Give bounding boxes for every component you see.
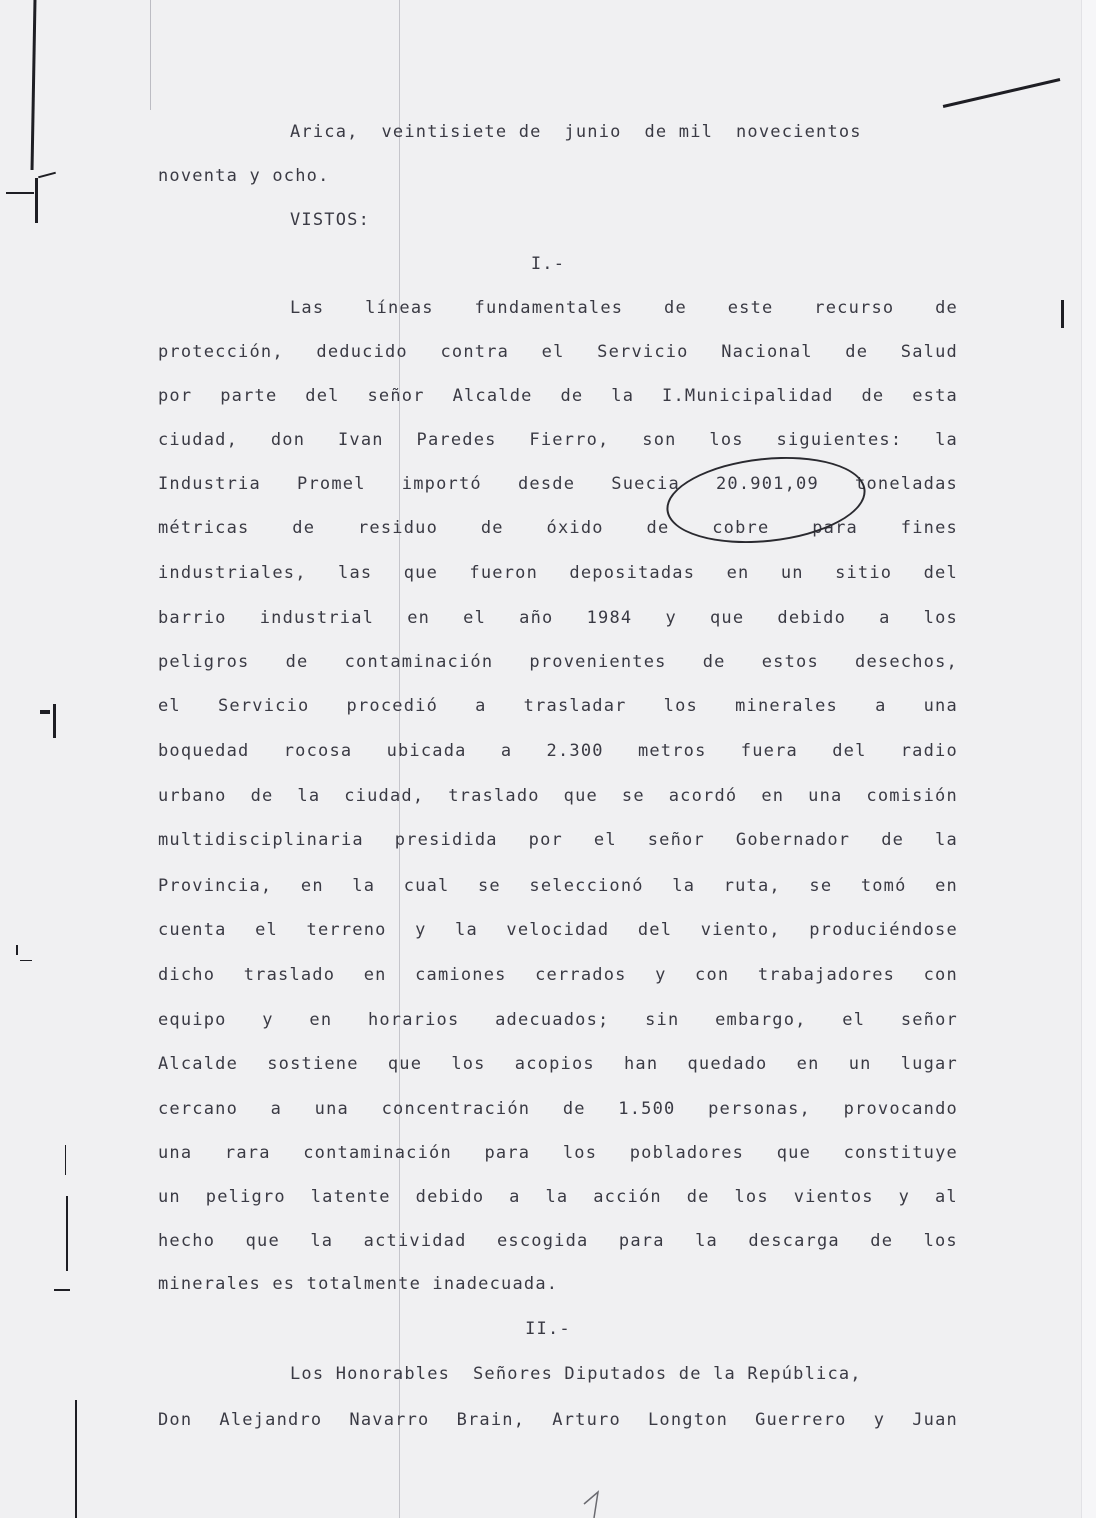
word: que bbox=[777, 1143, 811, 1163]
word: líneas bbox=[365, 298, 434, 318]
paragraph-line: elServicioprocedióatrasladarlosminerales… bbox=[158, 696, 958, 716]
word: este bbox=[728, 298, 774, 318]
word: escogida bbox=[497, 1231, 588, 1251]
page-edge bbox=[1081, 0, 1096, 1518]
word: el bbox=[842, 1010, 865, 1030]
word: terreno bbox=[307, 920, 387, 940]
word: a bbox=[509, 1187, 520, 1207]
word: la bbox=[310, 1231, 333, 1251]
paragraph-line: cercanoaunaconcentraciónde1.500personas,… bbox=[158, 1099, 958, 1119]
paragraph-line: hechoquelaactividadescogidaparaladescarg… bbox=[158, 1231, 958, 1251]
word: los bbox=[563, 1143, 597, 1163]
word: 1984 bbox=[587, 608, 633, 628]
word: siguientes: bbox=[777, 430, 903, 450]
word: provenientes bbox=[529, 652, 666, 672]
word: industriales, bbox=[158, 563, 307, 583]
word: deducido bbox=[316, 342, 407, 362]
word: multidisciplinaria bbox=[158, 830, 364, 850]
paragraph-line: cuentaelterrenoylavelocidaddelviento,pro… bbox=[158, 920, 958, 940]
word: trabajadores bbox=[758, 965, 895, 985]
word: toneladas bbox=[855, 474, 958, 494]
paragraph-line: Provincia,enlacualseseleccionólaruta,set… bbox=[158, 876, 958, 896]
word: metros bbox=[638, 741, 707, 761]
paragraph-ii-first-line: Los Honorables Señores Diputados de la R… bbox=[290, 1364, 862, 1384]
word: del bbox=[924, 563, 958, 583]
word: de bbox=[563, 1099, 586, 1119]
word: comisión bbox=[866, 786, 957, 806]
word: y bbox=[899, 1187, 910, 1207]
word: los bbox=[924, 1231, 958, 1251]
word: Paredes bbox=[417, 430, 497, 450]
word: velocidad bbox=[506, 920, 609, 940]
word: traslado bbox=[448, 786, 539, 806]
word: y bbox=[262, 1010, 273, 1030]
paragraph-line: protección,deducidocontraelServicioNacio… bbox=[158, 342, 958, 362]
word: Juan bbox=[912, 1410, 958, 1430]
left-margin-mark bbox=[75, 1400, 77, 1518]
word: estos bbox=[762, 652, 819, 672]
word: peligros bbox=[158, 652, 249, 672]
word: en bbox=[935, 876, 958, 896]
word: la bbox=[297, 786, 320, 806]
word: las bbox=[338, 563, 372, 583]
word: Alcalde bbox=[158, 1054, 238, 1074]
word: de bbox=[845, 342, 868, 362]
word: peligro bbox=[206, 1187, 286, 1207]
word: para bbox=[619, 1231, 665, 1251]
word: protección, bbox=[158, 342, 284, 362]
word: los bbox=[664, 696, 698, 716]
word: ciudad, bbox=[158, 430, 238, 450]
left-margin-mark bbox=[65, 1145, 66, 1175]
word: recurso bbox=[814, 298, 894, 318]
word: en bbox=[301, 876, 324, 896]
left-margin-mark bbox=[16, 945, 18, 955]
word: a bbox=[879, 608, 890, 628]
word: acordó bbox=[669, 786, 738, 806]
word: de bbox=[861, 386, 884, 406]
paragraph-line: industriales,lasquefuerondepositadasenun… bbox=[158, 563, 958, 583]
word: los bbox=[924, 608, 958, 628]
word: depositadas bbox=[569, 563, 695, 583]
word: Arturo bbox=[552, 1410, 621, 1430]
word: personas, bbox=[708, 1099, 811, 1119]
word: debido bbox=[777, 608, 846, 628]
word: y bbox=[415, 920, 426, 940]
word: por bbox=[529, 830, 563, 850]
word: de bbox=[664, 298, 687, 318]
word: 2.300 bbox=[547, 741, 604, 761]
word: Guerrero bbox=[755, 1410, 846, 1430]
word: equipo bbox=[158, 1010, 227, 1030]
paragraph-line: Laslíneasfundamentalesdeesterecursode bbox=[290, 298, 958, 318]
word: en bbox=[309, 1010, 332, 1030]
word: la bbox=[672, 876, 695, 896]
word: urbano bbox=[158, 786, 227, 806]
left-margin-mark bbox=[35, 178, 38, 223]
word: Servicio bbox=[597, 342, 688, 362]
word: Alejandro bbox=[219, 1410, 322, 1430]
word: la bbox=[935, 830, 958, 850]
word: debido bbox=[416, 1187, 485, 1207]
word: cual bbox=[404, 876, 450, 896]
word: un bbox=[781, 563, 804, 583]
word: Alcalde bbox=[453, 386, 533, 406]
word: que bbox=[404, 563, 438, 583]
word: boquedad bbox=[158, 741, 249, 761]
word: minerales bbox=[735, 696, 838, 716]
section-heading-i: I.- bbox=[0, 254, 1096, 274]
word: en bbox=[407, 608, 430, 628]
paragraph-line: unpeligrolatentedebidoalaaccióndelosvien… bbox=[158, 1187, 958, 1207]
word: son bbox=[642, 430, 676, 450]
word: se bbox=[622, 786, 645, 806]
handwritten-page-number bbox=[580, 1488, 610, 1518]
word: señor bbox=[367, 386, 424, 406]
word: en bbox=[727, 563, 750, 583]
word: Promel bbox=[297, 474, 366, 494]
left-margin-mark bbox=[20, 960, 32, 961]
word: que bbox=[564, 786, 598, 806]
word: el bbox=[255, 920, 278, 940]
word: contaminación bbox=[303, 1143, 452, 1163]
word: se bbox=[478, 876, 501, 896]
word: óxido bbox=[547, 518, 604, 538]
word: a bbox=[475, 696, 486, 716]
word: presidida bbox=[395, 830, 498, 850]
word: Las bbox=[290, 298, 324, 318]
word: se bbox=[809, 876, 832, 896]
paragraph-line: barrioindustrialenelaño1984yquedebidoalo… bbox=[158, 608, 958, 628]
word: de bbox=[881, 830, 904, 850]
left-margin-mark bbox=[53, 704, 56, 738]
word: rara bbox=[225, 1143, 271, 1163]
paragraph-line: ciudad,donIvanParedesFierro,sonlossiguie… bbox=[158, 430, 958, 450]
word: descarga bbox=[748, 1231, 839, 1251]
word: una bbox=[315, 1099, 349, 1119]
word: horarios bbox=[368, 1010, 459, 1030]
word: que bbox=[710, 608, 744, 628]
paragraph-line: boquedadrocosaubicadaa2.300metrosfuerade… bbox=[158, 741, 958, 761]
word: viento, bbox=[701, 920, 781, 940]
word: con bbox=[924, 965, 958, 985]
word: en bbox=[797, 1054, 820, 1074]
left-margin-stroke bbox=[31, 0, 37, 170]
word: de bbox=[687, 1187, 710, 1207]
date-line-continued: noventa y ocho. bbox=[158, 166, 330, 186]
word: de bbox=[935, 298, 958, 318]
word: cercano bbox=[158, 1099, 238, 1119]
word: los bbox=[735, 1187, 769, 1207]
word: y bbox=[874, 1410, 885, 1430]
word: esta bbox=[912, 386, 958, 406]
word: quedado bbox=[687, 1054, 767, 1074]
word: ubicada bbox=[387, 741, 467, 761]
word: cuenta bbox=[158, 920, 227, 940]
word: y bbox=[655, 965, 666, 985]
left-margin-mark bbox=[66, 1196, 68, 1271]
word: seleccionó bbox=[529, 876, 643, 896]
word: Servicio bbox=[218, 696, 309, 716]
word: de bbox=[703, 652, 726, 672]
paragraph-line: porpartedelseñorAlcaldedelaI.Municipalid… bbox=[158, 386, 958, 406]
word: la bbox=[352, 876, 375, 896]
word: Longton bbox=[648, 1410, 728, 1430]
word: métricas bbox=[158, 518, 249, 538]
word: de bbox=[481, 518, 504, 538]
word: del bbox=[305, 386, 339, 406]
word: actividad bbox=[364, 1231, 467, 1251]
word: barrio bbox=[158, 608, 227, 628]
word: en bbox=[761, 786, 784, 806]
paragraph-line: peligrosdecontaminaciónprovenientesdeest… bbox=[158, 652, 958, 672]
word: constituye bbox=[844, 1143, 958, 1163]
word: la bbox=[935, 430, 958, 450]
word: vientos bbox=[794, 1187, 874, 1207]
word: fueron bbox=[469, 563, 538, 583]
word: dicho bbox=[158, 965, 215, 985]
right-margin-mark bbox=[1061, 300, 1064, 328]
word: rocosa bbox=[284, 741, 353, 761]
word: a bbox=[501, 741, 512, 761]
word: radio bbox=[901, 741, 958, 761]
word: contaminación bbox=[345, 652, 494, 672]
word: el bbox=[158, 696, 181, 716]
word: produciéndose bbox=[809, 920, 958, 940]
word: un bbox=[849, 1054, 872, 1074]
word: cerrados bbox=[535, 965, 626, 985]
word: adecuados; bbox=[495, 1010, 609, 1030]
word: de bbox=[292, 518, 315, 538]
word: Suecia bbox=[611, 474, 680, 494]
word: importó bbox=[402, 474, 482, 494]
word: a bbox=[875, 696, 886, 716]
paragraph-last-line: minerales es totalmente inadecuada. bbox=[158, 1274, 558, 1294]
paragraph-line: DonAlejandroNavarroBrain,ArturoLongtonGu… bbox=[158, 1410, 958, 1430]
paragraph-line: equipoyenhorariosadecuados;sinembargo,el… bbox=[158, 1010, 958, 1030]
word: señor bbox=[648, 830, 705, 850]
left-margin-mark bbox=[40, 710, 50, 714]
word: una bbox=[924, 696, 958, 716]
word: hecho bbox=[158, 1231, 215, 1251]
word: para bbox=[485, 1143, 531, 1163]
left-fold-line bbox=[150, 0, 151, 110]
word: señor bbox=[901, 1010, 958, 1030]
paragraph-line: urbanodelaciudad,trasladoqueseacordóenun… bbox=[158, 786, 958, 806]
word: Brain, bbox=[457, 1410, 526, 1430]
word: sostiene bbox=[267, 1054, 358, 1074]
word: por bbox=[158, 386, 192, 406]
word: con bbox=[695, 965, 729, 985]
paragraph-line: dichotrasladoencamionescerradosycontraba… bbox=[158, 965, 958, 985]
word: tomó bbox=[861, 876, 907, 896]
word: han bbox=[624, 1054, 658, 1074]
word: los bbox=[709, 430, 743, 450]
word: al bbox=[935, 1187, 958, 1207]
paragraph-line: multidisciplinariapresididaporelseñorGob… bbox=[158, 830, 958, 850]
word: de bbox=[870, 1231, 893, 1251]
word: traslado bbox=[244, 965, 335, 985]
word: un bbox=[158, 1187, 181, 1207]
left-margin-mark bbox=[38, 172, 56, 179]
word: contra bbox=[440, 342, 509, 362]
word: sitio bbox=[835, 563, 892, 583]
word: la bbox=[545, 1187, 568, 1207]
word: Provincia, bbox=[158, 876, 272, 896]
left-margin-mark bbox=[54, 1289, 70, 1291]
word: Industria bbox=[158, 474, 261, 494]
date-line: Arica, veintisiete de junio de mil novec… bbox=[290, 122, 862, 142]
paragraph-line: Alcaldesostienequelosacopioshanquedadoen… bbox=[158, 1054, 958, 1074]
word: Salud bbox=[901, 342, 958, 362]
word: acopios bbox=[515, 1054, 595, 1074]
word: Don bbox=[158, 1410, 192, 1430]
word: ciudad, bbox=[344, 786, 424, 806]
word: a bbox=[271, 1099, 282, 1119]
word: año bbox=[519, 608, 553, 628]
word: de bbox=[251, 786, 274, 806]
vistos-heading: VISTOS: bbox=[290, 210, 370, 230]
word: el bbox=[594, 830, 617, 850]
word: el bbox=[542, 342, 565, 362]
word: ruta, bbox=[724, 876, 781, 896]
word: el bbox=[463, 608, 486, 628]
word: de bbox=[647, 518, 670, 538]
word: una bbox=[158, 1143, 192, 1163]
word: una bbox=[808, 786, 842, 806]
word: desde bbox=[518, 474, 575, 494]
word: la bbox=[455, 920, 478, 940]
word: parte bbox=[220, 386, 277, 406]
word: fundamentales bbox=[475, 298, 624, 318]
word: Navarro bbox=[349, 1410, 429, 1430]
word: sin bbox=[645, 1010, 679, 1030]
word: en bbox=[364, 965, 387, 985]
word: acción bbox=[593, 1187, 662, 1207]
word: y bbox=[665, 608, 676, 628]
word: que bbox=[246, 1231, 280, 1251]
word: de bbox=[286, 652, 309, 672]
word: procedió bbox=[347, 696, 438, 716]
word: fuera bbox=[741, 741, 798, 761]
word: desechos, bbox=[855, 652, 958, 672]
word: provocando bbox=[844, 1099, 958, 1119]
word: 1.500 bbox=[618, 1099, 675, 1119]
word: residuo bbox=[358, 518, 438, 538]
word: Ivan bbox=[338, 430, 384, 450]
word: I.Municipalidad bbox=[662, 386, 834, 406]
word: concentración bbox=[382, 1099, 531, 1119]
word: la bbox=[611, 386, 634, 406]
word: Fierro, bbox=[529, 430, 609, 450]
word: los bbox=[451, 1054, 485, 1074]
word: que bbox=[388, 1054, 422, 1074]
word: latente bbox=[311, 1187, 391, 1207]
word: camiones bbox=[415, 965, 506, 985]
word: lugar bbox=[901, 1054, 958, 1074]
paragraph-line: unararacontaminaciónparalospobladoresque… bbox=[158, 1143, 958, 1163]
word: la bbox=[695, 1231, 718, 1251]
word: embargo, bbox=[715, 1010, 806, 1030]
word: Gobernador bbox=[736, 830, 850, 850]
scanned-page: Arica, veintisiete de junio de mil novec… bbox=[0, 0, 1096, 1518]
word: pobladores bbox=[630, 1143, 744, 1163]
left-margin-mark bbox=[6, 192, 34, 194]
word: de bbox=[561, 386, 584, 406]
word: del bbox=[638, 920, 672, 940]
word: Nacional bbox=[721, 342, 812, 362]
word: trasladar bbox=[524, 696, 627, 716]
word: del bbox=[832, 741, 866, 761]
word: industrial bbox=[260, 608, 374, 628]
word: fines bbox=[901, 518, 958, 538]
top-right-pen-stroke bbox=[943, 78, 1061, 108]
section-heading-ii: II.- bbox=[0, 1319, 1096, 1339]
word: don bbox=[271, 430, 305, 450]
